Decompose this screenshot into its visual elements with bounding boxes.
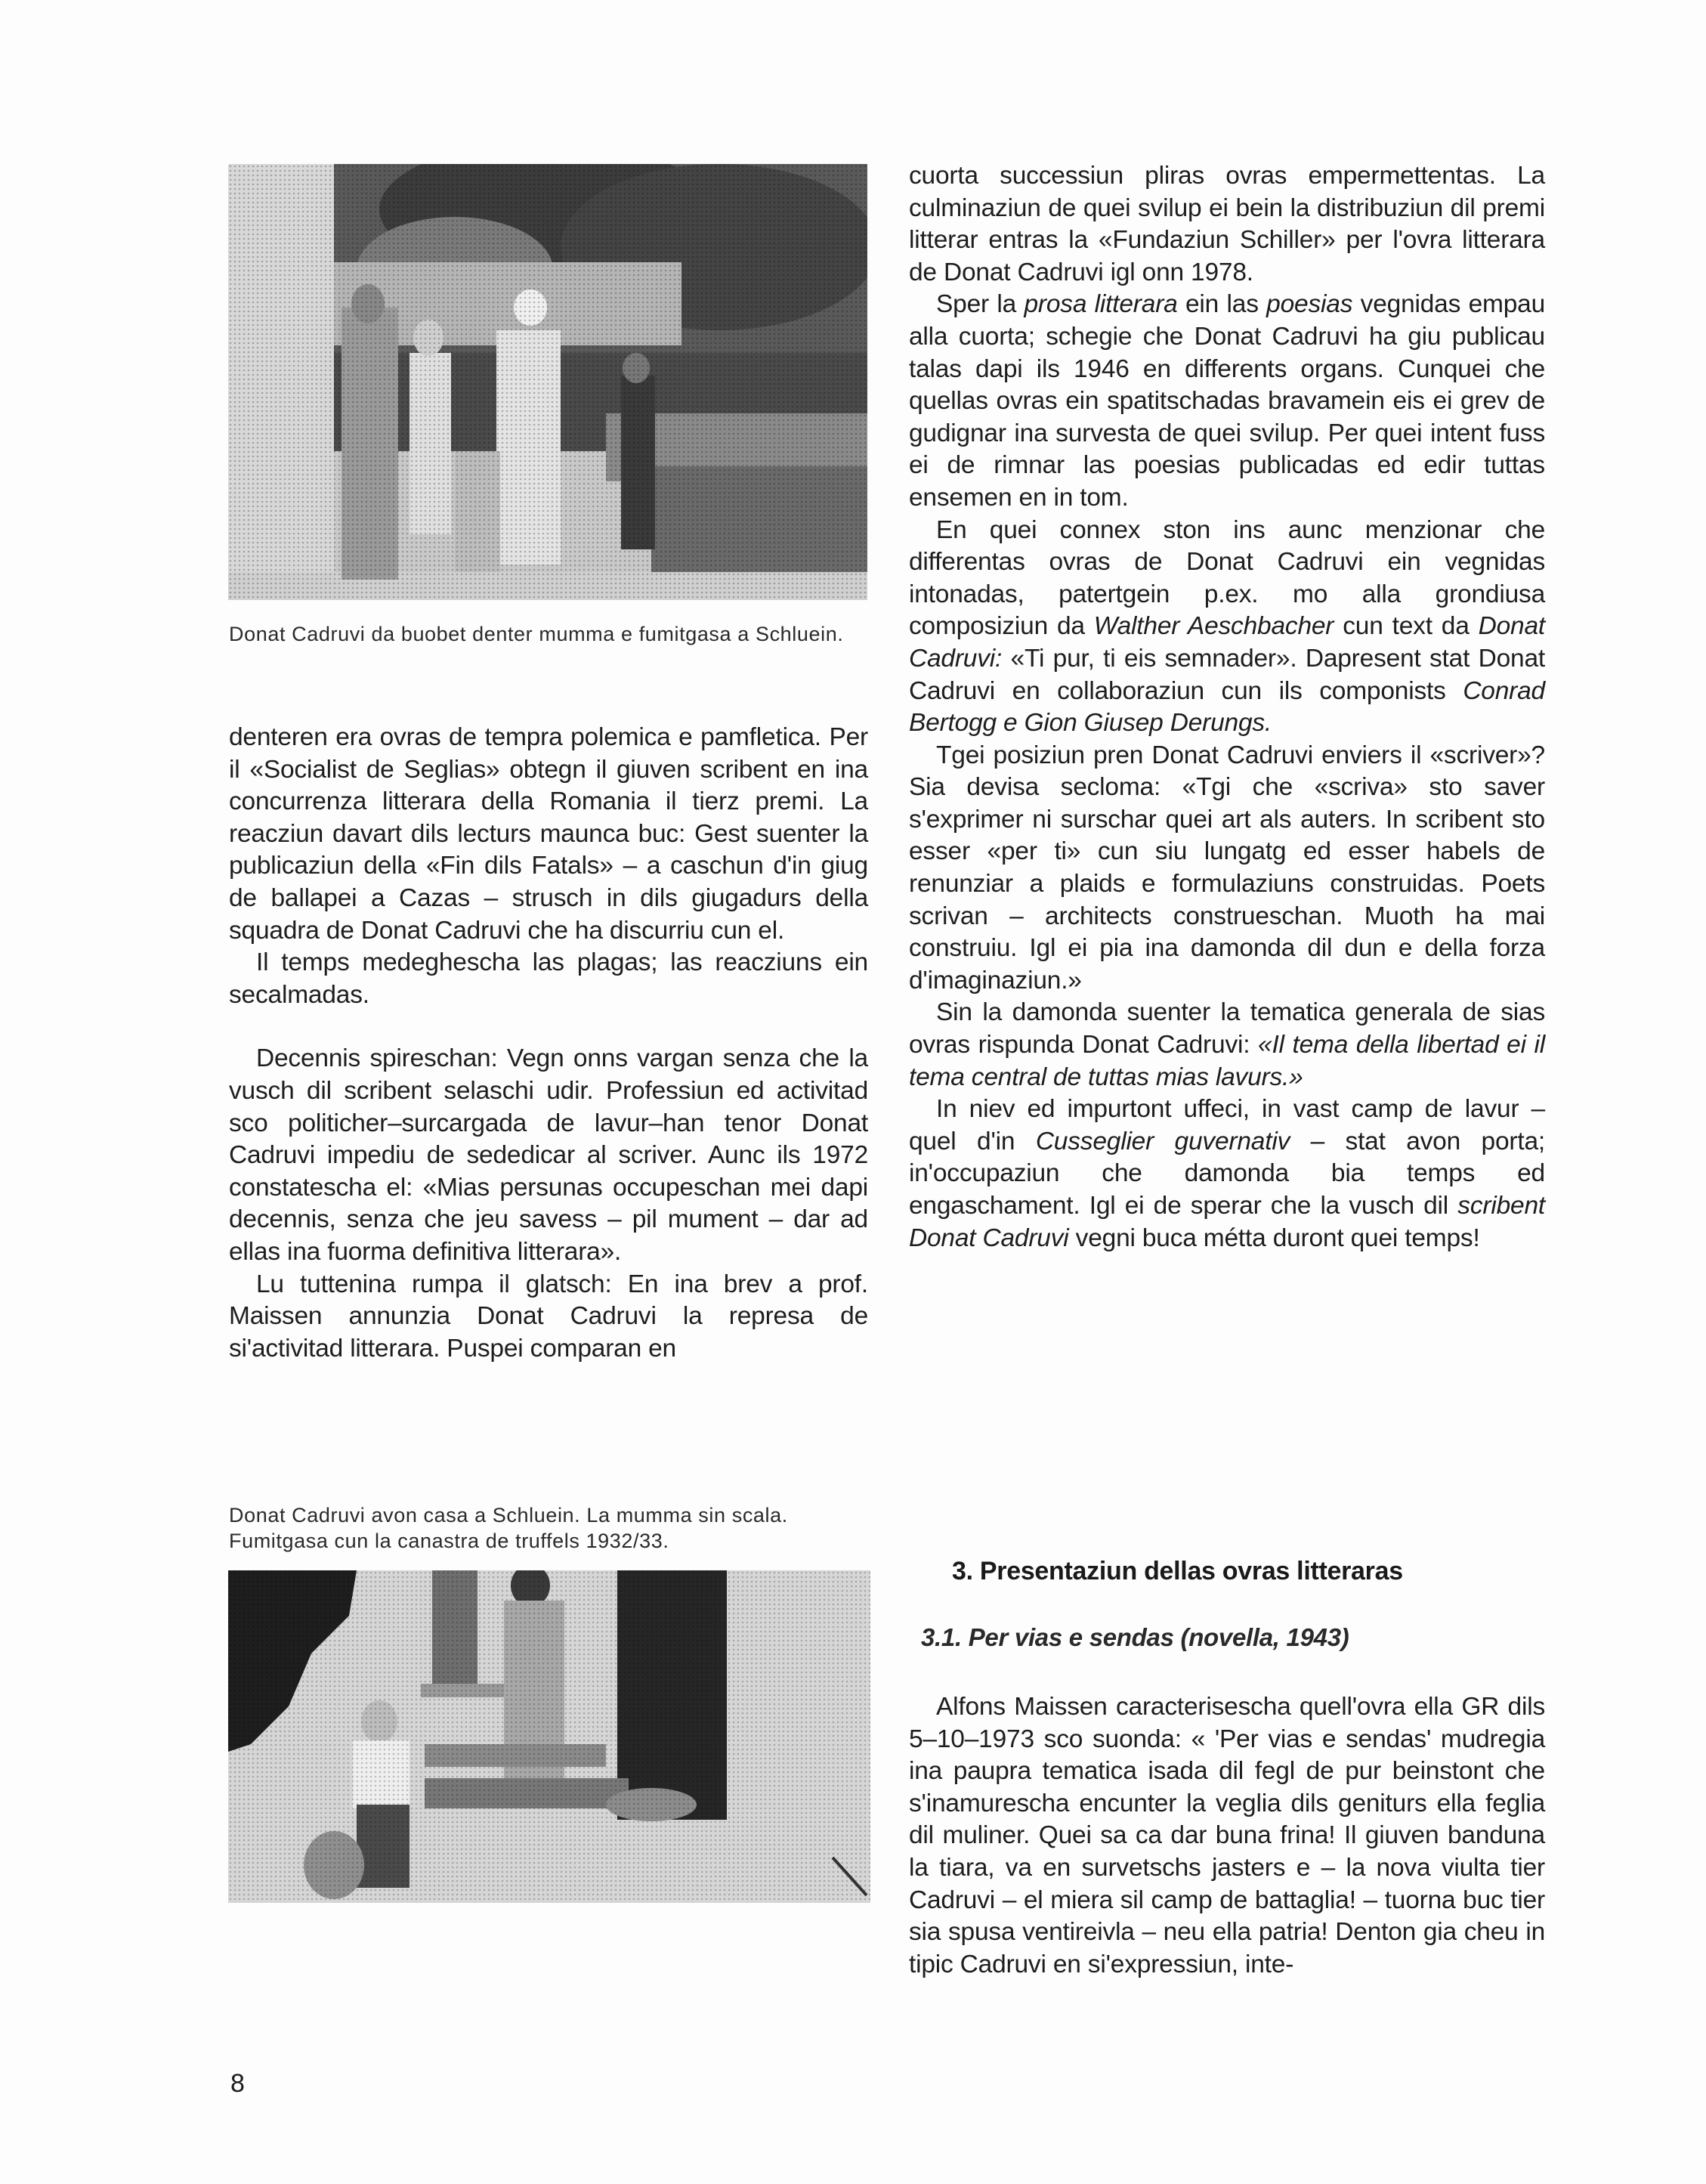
paragraph: Sper la prosa litterara ein las poesias … bbox=[909, 289, 1545, 514]
paragraph: In niev ed impurtont uffeci, in vast cam… bbox=[909, 1094, 1545, 1254]
paragraph: Alfons Maissen caracterisescha quell'ovr… bbox=[909, 1691, 1545, 1981]
paragraph: Decennis spireschan: Vegn onns vargan se… bbox=[229, 1043, 868, 1268]
section-body-text: Alfons Maissen caracterisescha quell'ovr… bbox=[909, 1691, 1545, 1981]
paragraph: En quei connex ston ins aunc menzionar c… bbox=[909, 515, 1545, 740]
right-column-text: cuorta successiun pliras ovras empermett… bbox=[909, 160, 1545, 1254]
paragraph: Il temps medeghescha las plagas; las rea… bbox=[229, 947, 868, 1011]
paragraph: Lu tuttenina rumpa il glatsch: En ina br… bbox=[229, 1269, 868, 1366]
left-column-text: denteren era ovras de tempra polemica e … bbox=[229, 722, 868, 1365]
paragraph: cuorta successiun pliras ovras empermett… bbox=[909, 160, 1545, 289]
page-number: 8 bbox=[230, 2069, 245, 2099]
paragraph: denteren era ovras de tempra polemica e … bbox=[229, 722, 868, 947]
halftone-photo-image bbox=[228, 1570, 870, 1903]
halftone-photo-image bbox=[228, 164, 867, 600]
figure-caption: Donat Cadruvi da buobet denter mumma e f… bbox=[229, 621, 864, 647]
paragraph: Sin la damonda suenter la tematica gener… bbox=[909, 997, 1545, 1094]
figure-caption: Donat Cadruvi avon casa a Schluein. La m… bbox=[229, 1502, 868, 1554]
section-heading: 3. Presentaziun dellas ovras litteraras bbox=[952, 1557, 1403, 1586]
photo-house-schluein bbox=[228, 1570, 870, 1903]
document-page: Donat Cadruvi da buobet denter mumma e f… bbox=[0, 0, 1706, 2184]
paragraph: Tgei posiziun pren Donat Cadruvi enviers… bbox=[909, 740, 1545, 998]
subsection-heading: 3.1. Per vias e sendas (novella, 1943) bbox=[921, 1623, 1349, 1652]
photo-family-schluein bbox=[228, 164, 867, 600]
